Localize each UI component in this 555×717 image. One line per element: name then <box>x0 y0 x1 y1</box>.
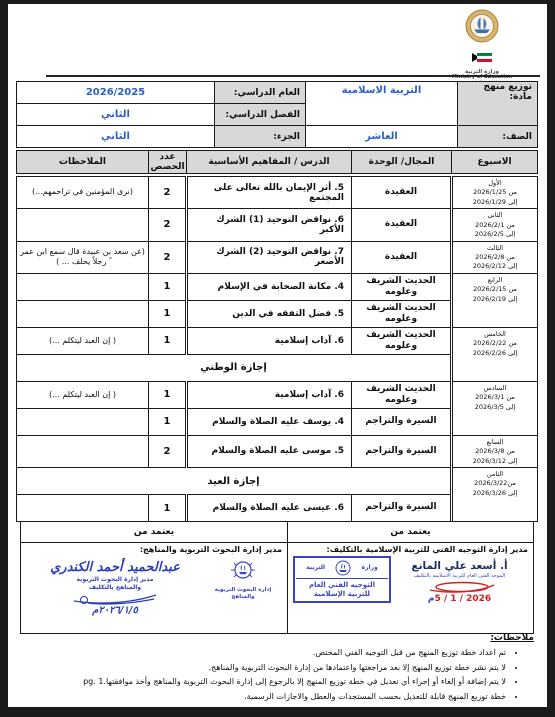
left-stamp: إدارة البحوث التربوية والمناهج <box>204 556 282 601</box>
distribution-label: توزيع منهج مادة: <box>458 82 538 126</box>
year-label: العام الدراسي: <box>215 82 306 104</box>
lesson-cell: 6. آداب إسلامية <box>187 381 352 408</box>
note-cell <box>17 209 149 241</box>
kuwait-emblem-icon <box>465 9 499 43</box>
stamp-emblem-icon <box>335 560 351 576</box>
table-row: الثامنمن2026/3/22إلى 2026/3/26إجازة العي… <box>17 468 538 495</box>
schedule-table: الأولمن 2026/1/25إلى 2026/1/29العقيدة5. … <box>16 176 538 522</box>
week-cell: الثامنمن2026/3/22إلى 2026/3/26 <box>452 468 538 522</box>
note-cell <box>17 435 149 467</box>
unit-cell: الحديث الشريف وعلومه <box>352 273 452 300</box>
left-signature-block: عبدالحميد أحمد الكندري مدير إدارة البحوث… <box>26 556 204 616</box>
unit-cell: العقيدة <box>352 209 452 241</box>
grade-value: العاشر <box>306 126 458 148</box>
left-stamp-text: إدارة البحوث التربوية والمناهج <box>204 587 282 601</box>
table-row: الخامسمن 2026/2/22إلى 2026/2/26الحديث ال… <box>17 327 538 354</box>
notes-heading: ملاحظات: <box>490 633 534 643</box>
subject-value: التربية الاسلامية <box>306 82 458 126</box>
lesson-cell: 6. نواقض التوحيد (1) الشرك الأكبر <box>187 209 352 241</box>
holiday-cell: إجازة العيد <box>17 468 452 495</box>
note-cell: ( إن العبد ليتكلم ...) <box>17 327 149 354</box>
ministry-logo: وزارة التربية Ministry of Education دولة… <box>426 9 538 85</box>
note-item: لا يتم إضافة أو إلغاء أو إجراء أي تعديل … <box>21 676 506 688</box>
note-cell <box>17 273 149 300</box>
schedule-table-header: الاسبوعالمجال/ الوحدةالدرس / المفاهيم ال… <box>16 150 538 174</box>
table-row: الأولمن 2026/1/25إلى 2026/1/29العقيدة5. … <box>17 177 538 209</box>
lesson-cell: 6. آداب إسلامية <box>187 327 352 354</box>
term-label: الفصل الدراسي: <box>215 104 306 126</box>
column-header-1: المجال/ الوحدة <box>352 151 452 174</box>
periods-cell: 2 <box>149 435 187 467</box>
unit-cell: العقيدة <box>352 177 452 209</box>
right-signature-block: أ. أسعد علي المانع الموجه الفني العام لل… <box>391 556 528 604</box>
notes-list: تم اعداد خطة توزيع المنهج من قبل التوجيه… <box>21 647 520 702</box>
week-cell: الثالثمن 2026/2/8إلى 2026/2/12 <box>452 241 538 273</box>
periods-cell: 1 <box>149 381 187 408</box>
right-approver-label: مدير إدارة التوجيه الفني للتربية الإسلام… <box>293 545 528 554</box>
notes-section: ملاحظات: تم اعداد خطة توزيع المنهج من قب… <box>21 625 534 705</box>
note-cell <box>17 495 149 522</box>
left-signature-icon <box>70 592 160 605</box>
periods-cell: 1 <box>149 300 187 327</box>
year-value: 2026/2025 <box>17 82 215 104</box>
approval-header-right: يعتمد من <box>288 522 534 543</box>
note-item: لا يتم نشر خطة توزيع المنهج إلا بعد مراج… <box>21 662 506 674</box>
table-row: الرابعمن 2026/2/15إلى 2026/2/19الحديث ال… <box>17 273 538 300</box>
periods-cell: 2 <box>149 241 187 273</box>
note-item: تم اعداد خطة توزيع المنهج من قبل التوجيه… <box>21 647 506 659</box>
term-value: الثاني <box>17 104 215 126</box>
note-cell <box>17 408 149 435</box>
periods-cell: 1 <box>149 327 187 354</box>
holiday-cell: إجازة الوطني <box>17 354 452 381</box>
periods-cell: 2 <box>149 209 187 241</box>
table-row: السادسمن 2026/3/1إلى 2026/3/5الحديث الشر… <box>17 381 538 408</box>
week-cell: الخامسمن 2026/2/22إلى 2026/2/26 <box>452 327 538 381</box>
stamp-line-general-guidance: التوجيه الفني العام <box>296 581 388 590</box>
lesson-cell: 6. عيسى عليه الصلاة والسلام <box>187 495 352 522</box>
unit-cell: الحديث الشريف وعلومه <box>352 300 452 327</box>
left-approver-title2: والمناهج بالتكليف <box>26 584 204 592</box>
periods-cell: 1 <box>149 408 187 435</box>
week-cell: الأولمن 2026/1/25إلى 2026/1/29 <box>452 177 538 209</box>
unit-cell: الحديث الشريف وعلومه <box>352 327 452 354</box>
curriculum-info-table: توزيع منهج مادة: التربية الاسلامية العام… <box>16 81 538 148</box>
table-row: الثانيمن 2026/2/1إلى 2026/2/5العقيدة6. ن… <box>17 209 538 241</box>
lesson-cell: 7. نواقض التوحيد (2) الشرك الأصغر <box>187 241 352 273</box>
periods-cell: 1 <box>149 495 187 522</box>
left-approver-title1: مدير إدارة البحوث التربوية <box>26 576 204 584</box>
unit-cell: السيرة والتراجم <box>352 408 452 435</box>
approval-cell-right: مدير إدارة التوجيه الفني للتربية الإسلام… <box>288 543 534 634</box>
part-value: الثاني <box>17 126 215 148</box>
part-label: الجزء: <box>215 126 306 148</box>
week-cell: السادسمن 2026/3/1إلى 2026/3/5 <box>452 381 538 435</box>
week-cell: الثانيمن 2026/2/1إلى 2026/2/5 <box>452 209 538 241</box>
periods-cell: 2 <box>149 177 187 209</box>
lesson-cell: 4. يوسف عليه الصلاة والسلام <box>187 408 352 435</box>
left-stamp-emblem-icon <box>228 558 258 584</box>
column-header-4: الملاحظات <box>17 151 149 174</box>
grade-label: الصف: <box>458 126 538 148</box>
unit-cell: العقيدة <box>352 241 452 273</box>
header-divider <box>46 75 540 77</box>
kuwait-flag-icon <box>426 48 538 66</box>
approval-table: يعتمد من يعتمد من مدير إدارة التوجيه الف… <box>20 521 534 634</box>
unit-cell: السيرة والتراجم <box>352 495 452 522</box>
note-cell: ( إن العبد ليتكلم ...) <box>17 381 149 408</box>
column-header-0: الاسبوع <box>452 151 538 174</box>
right-stamp: وزارة التربية التوجيه الفني العام للتربي… <box>293 556 391 603</box>
left-approver-label: مدير إدارة البحوث التربوية والمناهج: <box>26 545 282 554</box>
week-cell: الرابعمن 2026/2/15إلى 2026/2/19 <box>452 273 538 327</box>
approval-cell-left: مدير إدارة البحوث التربوية والمناهج: إدا… <box>21 543 288 634</box>
lesson-cell: 5. فضل التفقه في الدين <box>187 300 352 327</box>
note-item: خطة توزيع المنهج قابلة للتعديل بحسب المس… <box>21 691 506 703</box>
column-header-2: الدرس / المفاهيم الأساسية <box>187 151 352 174</box>
note-cell <box>17 300 149 327</box>
column-header-3: عدد الحصص <box>149 151 187 174</box>
right-signature-icon <box>424 579 496 595</box>
periods-cell: 1 <box>149 273 187 300</box>
stamp-line-islamic-edu: للتربية الإسلامية <box>296 590 388 599</box>
lesson-cell: 5. موسى عليه الصلاة والسلام <box>187 435 352 467</box>
note-cell: (نرى المؤمنين في تراحمهم...) <box>17 177 149 209</box>
note-cell: (عن سعد بن عبيدة قال سمع ابن عمر ؓ رجلاً… <box>17 241 149 273</box>
stamp-word-education: التربية <box>306 564 325 572</box>
week-cell: السابعمن 2026/3/8إلى 2026/3/12 <box>452 435 538 467</box>
left-approval-date: ٢٠٢٦/١/٥م <box>26 605 204 616</box>
left-approver-name: عبدالحميد أحمد الكندري <box>26 560 204 575</box>
lesson-cell: 4. مكانة الصحابة في الإسلام <box>187 273 352 300</box>
table-row: الثالثمن 2026/2/8إلى 2026/2/12العقيدة7. … <box>17 241 538 273</box>
document-sheet: وزارة التربية Ministry of Education دولة… <box>8 4 547 707</box>
stamp-word-ministry: وزارة <box>362 564 378 572</box>
unit-cell: الحديث الشريف وعلومه <box>352 381 452 408</box>
document-page: { "colors": { "value_blue": "#2a5fc7", "… <box>0 0 555 717</box>
right-approval-date: 2026 / 1 / 5م <box>391 594 528 604</box>
table-row: السابعمن 2026/3/8إلى 2026/3/12السيرة وال… <box>17 435 538 467</box>
lesson-cell: 5. أثر الإيمان بالله تعالى على المجتمع <box>187 177 352 209</box>
right-approver-name: أ. أسعد علي المانع <box>391 560 528 572</box>
unit-cell: السيرة والتراجم <box>352 435 452 467</box>
approval-header-left: يعتمد من <box>21 522 288 543</box>
